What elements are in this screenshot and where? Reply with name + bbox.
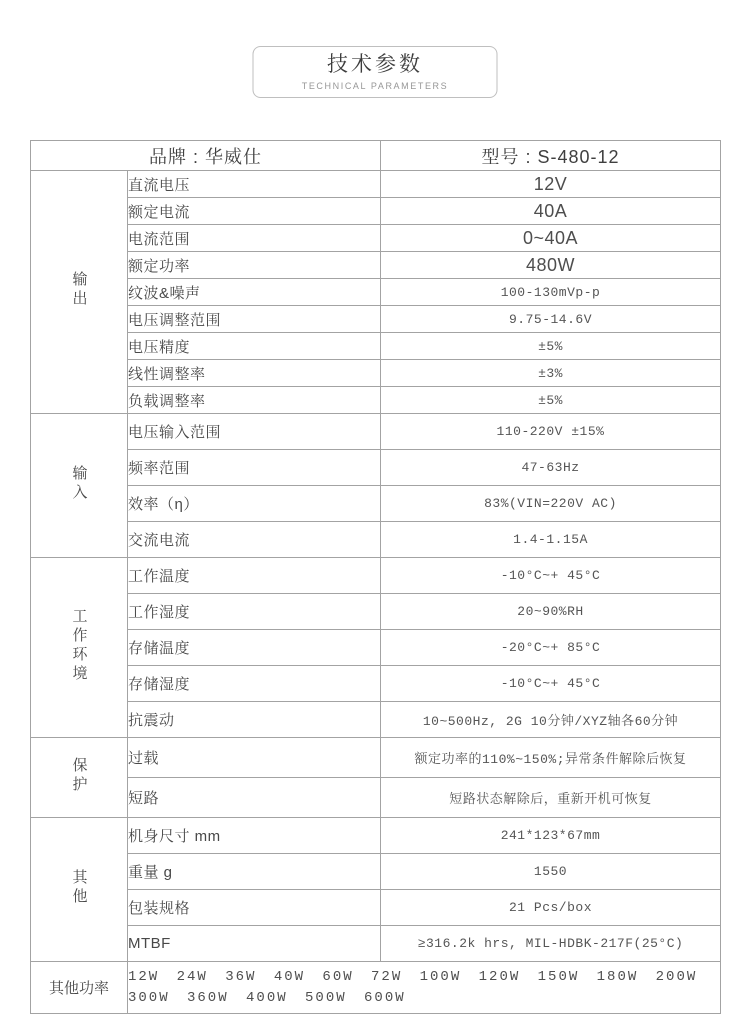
other-power-list: 12W 24W 36W 40W 60W 72W 100W 120W 150W 1… [128,962,721,1014]
param-label: 电压调整范围 [128,306,381,333]
table-row: 保护 过载 额定功率的110%~150%;异常条件解除后恢复 [31,738,721,778]
param-value: 0~40A [381,225,721,252]
table-footer-row: 其他功率 12W 24W 36W 40W 60W 72W 100W 120W 1… [31,962,721,1014]
title-box: 技术参数 TECHNICAL PARAMETERS [253,46,498,98]
param-label: 存储湿度 [128,666,381,702]
table-row: 电压精度 ±5% [31,333,721,360]
table-row: 效率（η） 83%(VIN=220V AC) [31,486,721,522]
section-label-protection: 保护 [31,738,128,818]
param-value: 100-130mVp-p [381,279,721,306]
page-title: 技术参数 [327,53,423,77]
table-row: 电流范围 0~40A [31,225,721,252]
param-value: 12V [381,171,721,198]
section-label-environment: 工作环境 [31,558,128,738]
page-subtitle: TECHNICAL PARAMETERS [302,81,449,91]
param-label: 频率范围 [128,450,381,486]
param-value: 40A [381,198,721,225]
param-value: 短路状态解除后，重新开机可恢复 [381,778,721,818]
table-header-row: 品牌 : 华威仕 型号 : S-480-12 [31,141,721,171]
table-row: 工作环境 工作温度 -10°C~+ 45°C [31,558,721,594]
table-row: 存储湿度 -10°C~+ 45°C [31,666,721,702]
param-label: 电压输入范围 [128,414,381,450]
param-value: 21 Pcs/box [381,890,721,926]
param-label: 短路 [128,778,381,818]
table-row: 额定功率 480W [31,252,721,279]
table-row: 线性调整率 ±3% [31,360,721,387]
table-row: 输出 直流电压 12V [31,171,721,198]
section-label-input: 输入 [31,414,128,558]
param-value: 1550 [381,854,721,890]
table-row: 电压调整范围 9.75-14.6V [31,306,721,333]
param-label: 电压精度 [128,333,381,360]
param-value: ±5% [381,333,721,360]
param-value: 1.4-1.15A [381,522,721,558]
param-value: 9.75-14.6V [381,306,721,333]
table-row: 重量 g 1550 [31,854,721,890]
table-row: 短路 短路状态解除后，重新开机可恢复 [31,778,721,818]
table-row: 纹波&噪声 100-130mVp-p [31,279,721,306]
param-label: 直流电压 [128,171,381,198]
table-row: 包装规格 21 Pcs/box [31,890,721,926]
table-row: 输入 电压输入范围 110-220V ±15% [31,414,721,450]
spec-table: 品牌 : 华威仕 型号 : S-480-12 输出 直流电压 12V 额定电流 … [30,140,721,1014]
param-label: 线性调整率 [128,360,381,387]
param-value: ≥316.2k hrs, MIL-HDBK-217F(25°C) [381,926,721,962]
param-value: 110-220V ±15% [381,414,721,450]
param-label: 电流范围 [128,225,381,252]
section-label-other: 其他 [31,818,128,962]
table-row: MTBF ≥316.2k hrs, MIL-HDBK-217F(25°C) [31,926,721,962]
param-label: 重量 g [128,854,381,890]
table-row: 频率范围 47-63Hz [31,450,721,486]
param-value: 20~90%RH [381,594,721,630]
other-power-line-2: 300W 360W 400W 500W 600W [128,988,720,1009]
param-label: MTBF [128,926,381,962]
param-label: 工作温度 [128,558,381,594]
param-label: 过载 [128,738,381,778]
param-label: 效率（η） [128,486,381,522]
param-value: -20°C~+ 85°C [381,630,721,666]
table-row: 其他 机身尺寸 mm 241*123*67mm [31,818,721,854]
other-power-line-1: 12W 24W 36W 40W 60W 72W 100W 120W 150W 1… [128,967,720,988]
param-label: 额定功率 [128,252,381,279]
param-value: -10°C~+ 45°C [381,558,721,594]
param-label: 包装规格 [128,890,381,926]
param-label: 纹波&噪声 [128,279,381,306]
param-label: 存储温度 [128,630,381,666]
table-row: 工作湿度 20~90%RH [31,594,721,630]
param-value: -10°C~+ 45°C [381,666,721,702]
param-label: 机身尺寸 mm [128,818,381,854]
param-value: 241*123*67mm [381,818,721,854]
param-value: 47-63Hz [381,450,721,486]
brand-cell: 品牌 : 华威仕 [31,141,381,171]
other-power-label: 其他功率 [31,962,128,1014]
param-value: 480W [381,252,721,279]
param-value: ±5% [381,387,721,414]
table-row: 额定电流 40A [31,198,721,225]
param-label: 负载调整率 [128,387,381,414]
param-value: 额定功率的110%~150%;异常条件解除后恢复 [381,738,721,778]
page: 技术参数 TECHNICAL PARAMETERS 品牌 : 华威仕 型号 : … [0,0,750,1031]
table-row: 负载调整率 ±5% [31,387,721,414]
param-label: 抗震动 [128,702,381,738]
section-label-output: 输出 [31,171,128,414]
param-label: 交流电流 [128,522,381,558]
model-cell: 型号 : S-480-12 [381,141,721,171]
table-row: 抗震动 10~500Hz, 2G 10分钟/XYZ轴各60分钟 [31,702,721,738]
param-value: ±3% [381,360,721,387]
table-row: 存储温度 -20°C~+ 85°C [31,630,721,666]
param-value: 83%(VIN=220V AC) [381,486,721,522]
param-value: 10~500Hz, 2G 10分钟/XYZ轴各60分钟 [381,702,721,738]
param-label: 额定电流 [128,198,381,225]
table-row: 交流电流 1.4-1.15A [31,522,721,558]
param-label: 工作湿度 [128,594,381,630]
